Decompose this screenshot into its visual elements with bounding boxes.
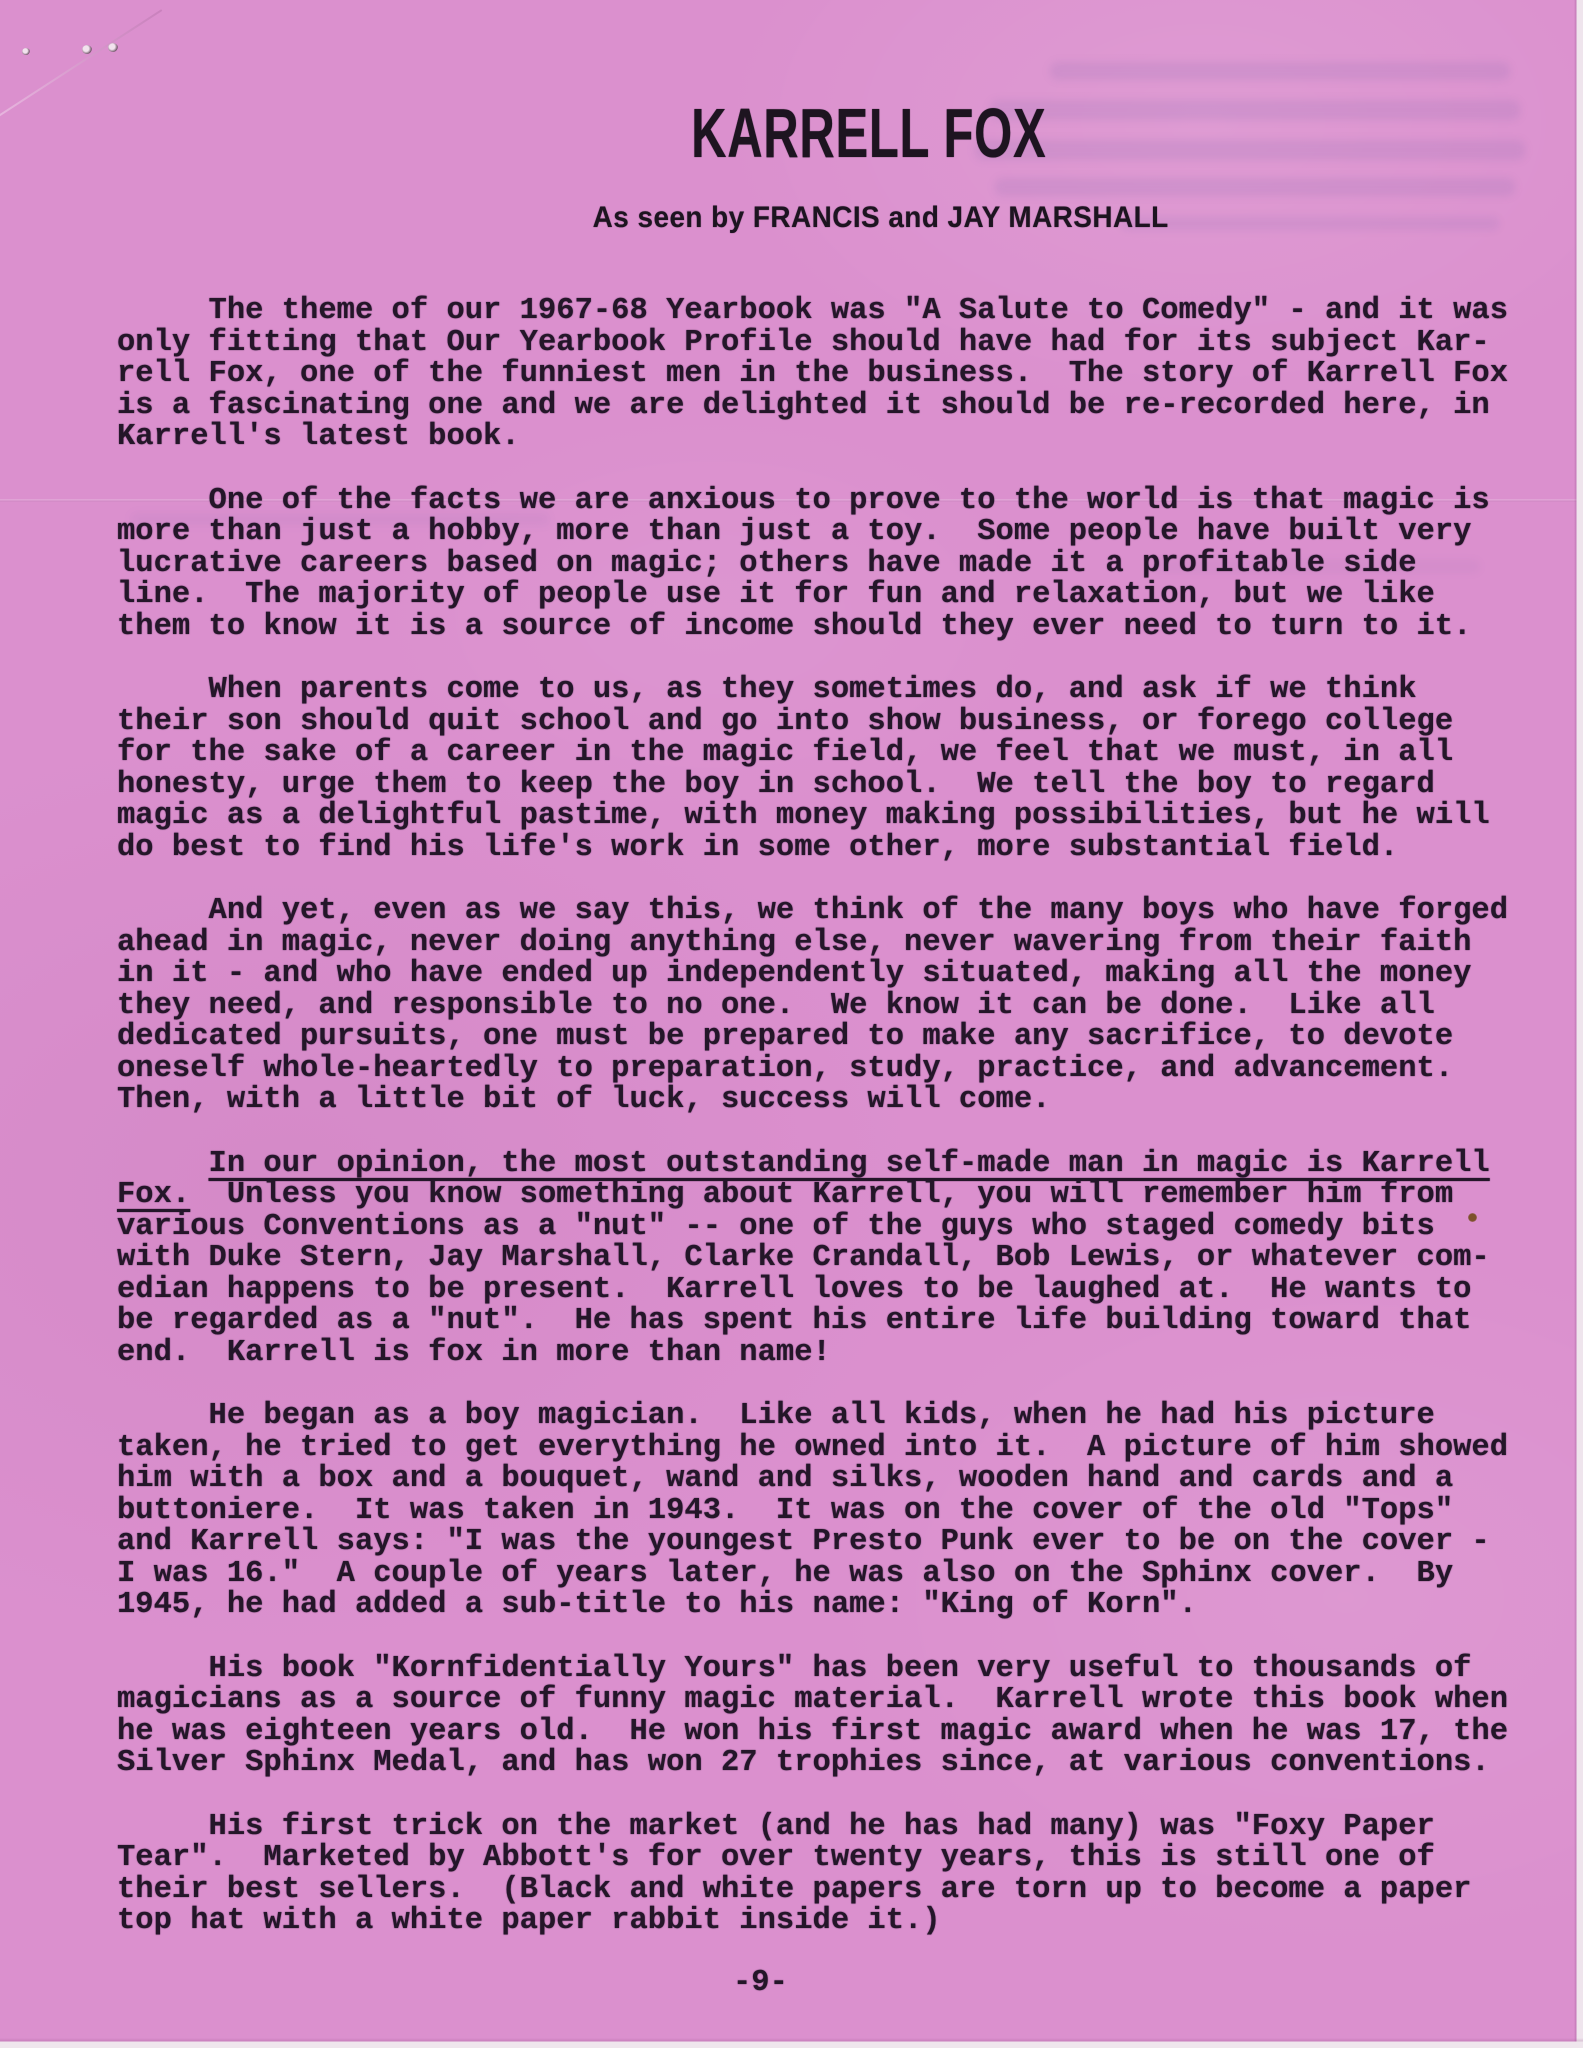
text-line: their best sellers. (Black and white pap… (117, 1875, 1517, 1907)
paragraph: His book "Kornfidentially Yours" has bee… (117, 1654, 1517, 1780)
text-line: only fitting that Our Yearbook Profile s… (117, 328, 1517, 360)
text-line: end. Karrell is fox in more than name! (117, 1338, 1517, 1370)
text-line: is a fascinating one and we are delighte… (117, 391, 1517, 423)
text-line: they need, and responsible to no one. We… (117, 991, 1517, 1023)
byline: As seen by FRANCIS and JAY MARSHALL (593, 203, 1169, 233)
stray-ink-dot (1468, 1213, 1477, 1222)
text-line: in it - and who have ended up independen… (117, 959, 1517, 991)
underlined-text: In our opinion, the most outstanding sel… (209, 1147, 1490, 1181)
text-line: One of the facts we are anxious to prove… (117, 486, 1517, 518)
text-line: oneself whole-heartedly to preparation, … (117, 1054, 1517, 1086)
text-line: lucrative careers based on magic; others… (117, 549, 1517, 581)
staple-hole (22, 48, 30, 55)
text-line: more than just a hobby, more than just a… (117, 517, 1517, 549)
page-header: KARRELL FOX (0, 98, 1583, 168)
text-line: magicians as a source of funny magic mat… (117, 1685, 1517, 1717)
paragraph: He began as a boy magician. Like all kid… (117, 1401, 1517, 1622)
text-line: honesty, urge them to keep the boy in sc… (117, 770, 1517, 802)
scan-edge-bottom (0, 2038, 1583, 2048)
byline-row: As seen by FRANCIS and JAY MARSHALL (0, 203, 1583, 233)
text-line: edian happens to be present. Karrell lov… (117, 1275, 1517, 1307)
text-line: with Duke Stern, Jay Marshall, Clarke Cr… (117, 1243, 1517, 1275)
text-line: 1945, he had added a sub-title to his na… (117, 1590, 1517, 1622)
text-line: magic as a delightful pastime, with mone… (117, 801, 1517, 833)
paragraph: In our opinion, the most outstanding sel… (117, 1149, 1517, 1370)
paragraph: And yet, even as we say this, we think o… (117, 896, 1517, 1117)
paragraph: The theme of our 1967-68 Yearbook was "A… (117, 296, 1517, 454)
text-line: rell Fox, one of the funniest men in the… (117, 359, 1517, 391)
ghost-text-line (1050, 62, 1510, 80)
text-segment (117, 1147, 209, 1181)
paragraph: His first trick on the market (and he ha… (117, 1812, 1517, 1938)
text-line: Karrell's latest book. (117, 422, 1517, 454)
text-line: His book "Kornfidentially Yours" has bee… (117, 1654, 1517, 1686)
text-line: buttoniere. It was taken in 1943. It was… (117, 1496, 1517, 1528)
text-line: be regarded as a "nut". He has spent his… (117, 1306, 1517, 1338)
text-line: top hat with a white paper rabbit inside… (117, 1906, 1517, 1938)
text-line: him with a box and a bouquet, wand and s… (117, 1464, 1517, 1496)
scan-edge-right (1574, 0, 1583, 2048)
body-text: The theme of our 1967-68 Yearbook was "A… (117, 296, 1517, 1970)
paragraph: When parents come to us, as they sometim… (117, 675, 1517, 864)
ghost-text-line (995, 178, 1515, 196)
text-segment: Unless you know something about Karrell,… (190, 1178, 1453, 1212)
text-line: Then, with a little bit of luck, success… (117, 1085, 1517, 1117)
text-line: His first trick on the market (and he ha… (117, 1812, 1517, 1844)
text-line: When parents come to us, as they sometim… (117, 675, 1517, 707)
text-line: He began as a boy magician. Like all kid… (117, 1401, 1517, 1433)
text-line: Fox. Unless you know something about Kar… (117, 1180, 1517, 1212)
underlined-text: Fox. (117, 1178, 190, 1212)
text-line: do best to find his life's work in some … (117, 833, 1517, 865)
text-line: various Conventions as a "nut" -- one of… (117, 1212, 1517, 1244)
document-page: KARRELL FOX As seen by FRANCIS and JAY M… (0, 0, 1583, 2048)
page-title: KARRELL FOX (691, 98, 1046, 168)
text-line: taken, he tried to get everything he own… (117, 1433, 1517, 1465)
text-line: In our opinion, the most outstanding sel… (117, 1149, 1517, 1181)
text-line: and Karrell says: "I was the youngest Pr… (117, 1527, 1517, 1559)
text-line: The theme of our 1967-68 Yearbook was "A… (117, 296, 1517, 328)
text-line: I was 16." A couple of years later, he w… (117, 1559, 1517, 1591)
page-number: -9- (733, 1966, 788, 2000)
text-line: their son should quit school and go into… (117, 707, 1517, 739)
text-line: them to know it is a source of income sh… (117, 612, 1517, 644)
staple-hole (82, 45, 92, 54)
text-line: And yet, even as we say this, we think o… (117, 896, 1517, 928)
text-line: Tear". Marketed by Abbott's for over twe… (117, 1843, 1517, 1875)
text-line: ahead in magic, never doing anything els… (117, 928, 1517, 960)
text-line: he was eighteen years old. He won his fi… (117, 1717, 1517, 1749)
paragraph: One of the facts we are anxious to prove… (117, 486, 1517, 644)
text-line: line. The majority of people use it for … (117, 580, 1517, 612)
text-line: Silver Sphinx Medal, and has won 27 trop… (117, 1748, 1517, 1780)
text-line: dedicated pursuits, one must be prepared… (117, 1022, 1517, 1054)
text-line: for the sake of a career in the magic fi… (117, 738, 1517, 770)
